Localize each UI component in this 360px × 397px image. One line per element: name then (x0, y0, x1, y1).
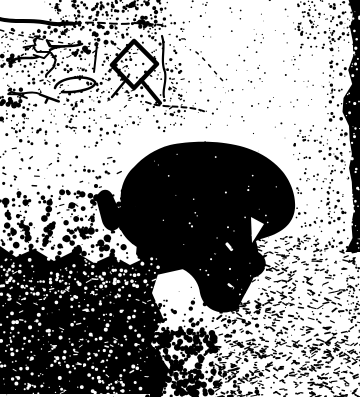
photo-crouching-figure (0, 0, 360, 397)
photo-canvas (0, 0, 360, 397)
